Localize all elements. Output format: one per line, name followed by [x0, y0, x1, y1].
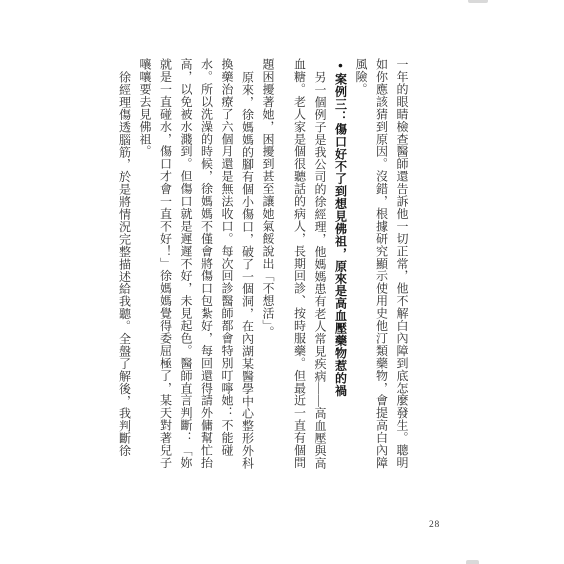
- text-column: 如你應該猜到原因。沒錯，根據研究顯示使用史他汀類藥物，會提高白內障: [371, 58, 392, 472]
- text-column: 徐經理傷透腦筋，於是將情況完整描述給我聽。全盤了解後，我判斷徐: [114, 58, 135, 472]
- text-column: 題困擾著她，困擾到甚至讓她氣餒說出「不想活」。: [258, 58, 279, 472]
- text-column: 風險。: [351, 58, 372, 472]
- page-edge-mark-bottom: [466, 560, 479, 564]
- page-number: 28: [429, 520, 440, 530]
- text-column: 另一個例子是我公司的徐經理，他媽媽患有老人常見疾病——高血壓與高: [310, 58, 331, 472]
- book-page: 一年的眼睛檢查醫師還告訴他一切正常，他不解白內障到底怎麼發生。聰明 如你應該猜到…: [0, 0, 564, 564]
- text-column: 血糖。老人家是個很聽話的病人，長期回診、按時服藥。但最近一直有個問: [289, 58, 310, 472]
- bullet-icon: ●: [330, 58, 351, 73]
- text-column: 嚷嚷要去見佛祖。: [135, 58, 156, 472]
- section-heading-label: 案例三：傷口好不了到想見佛祖，原來是高血壓藥物惹的禍: [334, 73, 348, 397]
- text-column: 就是一直碰水，傷口才會一直不好！」徐媽媽覺得委屈極了，某天對著兒子: [155, 58, 176, 472]
- page-edge-mark-top: [468, 0, 488, 3]
- text-column: 一年的眼睛檢查醫師還告訴他一切正常，他不解白內障到底怎麼發生。聰明: [392, 58, 413, 472]
- vertical-text-block: 一年的眼睛檢查醫師還告訴他一切正常，他不解白內障到底怎麼發生。聰明 如你應該猜到…: [114, 58, 412, 472]
- text-column: 水。所以洗澡的時候，徐媽媽不僅會將傷口包紮好，每回還得請外傭幫忙抬: [196, 58, 217, 472]
- section-heading: ●案例三：傷口好不了到想見佛祖，原來是高血壓藥物惹的禍: [330, 58, 351, 472]
- text-column: 高，以免被水濺到。但傷口就是遲遲不好，未見起色。醫師直言判斷：「妳: [176, 58, 197, 472]
- text-column: 原來，徐媽媽的腳有個小傷口，破了一個洞，在內湖某醫學中心整形外科: [237, 58, 258, 472]
- text-column: 換藥治療了六個月還是無法收口。每次回診醫師都會特別叮嚀她：不能碰: [217, 58, 238, 472]
